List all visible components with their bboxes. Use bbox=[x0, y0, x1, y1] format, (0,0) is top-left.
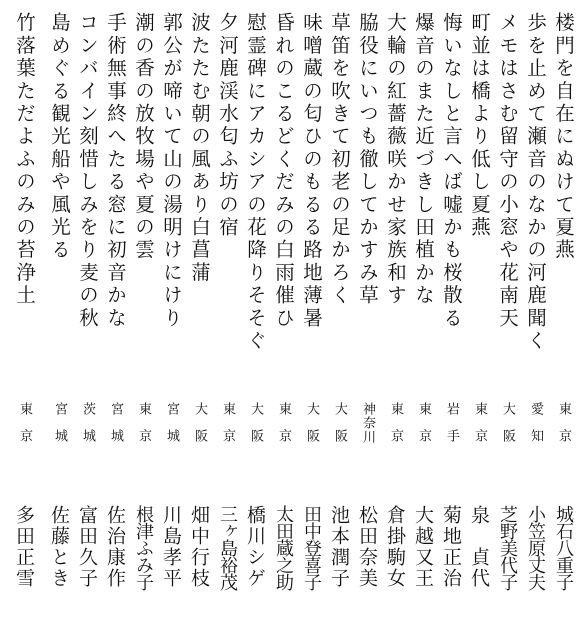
prefecture: 東京 bbox=[16, 402, 32, 456]
haiku-entry: 潮の香の放牧場や夏の雲 東京 根津ふみ子 bbox=[129, 0, 157, 639]
author-name: 田中登喜子 bbox=[301, 505, 321, 590]
author-name: 根津ふみ子 bbox=[133, 505, 153, 590]
haiku-text: 爆音のまた近づきし田植かな bbox=[412, 12, 434, 307]
haiku-entry: 脇役にいつも徹してかすみ草 神奈川 松田奈美 bbox=[353, 0, 381, 639]
author-name: 畑中行枝 bbox=[189, 505, 209, 589]
haiku-entry: 慰霊碑にアカシアの花降りそそぐ 大阪 橋川シゲ bbox=[241, 0, 269, 639]
haiku-entry: 島めぐる観光船や風光る 宮城 佐藤とき bbox=[45, 0, 73, 639]
prefecture: 大阪 bbox=[247, 402, 263, 456]
author-name: 松田奈美 bbox=[357, 505, 377, 589]
haiku-text: 草笛を吹きて初老の足かろく bbox=[328, 12, 350, 307]
haiku-text: 島めぐる観光船や風光る bbox=[48, 12, 70, 262]
haiku-entry: 大輪の紅薔薇咲かせ家族和す 東京 倉掛駒女 bbox=[381, 0, 409, 639]
prefecture: 東京 bbox=[135, 402, 151, 456]
haiku-text: 大輪の紅薔薇咲かせ家族和す bbox=[384, 12, 406, 307]
prefecture: 大阪 bbox=[303, 402, 319, 456]
author-name: 菊地正治 bbox=[441, 505, 461, 589]
author-name: 橋川シゲ bbox=[245, 505, 265, 589]
author-name: 川島孝平 bbox=[161, 505, 181, 589]
author-name: 多田正雪 bbox=[14, 505, 34, 589]
haiku-text: 潮の香の放牧場や夏の雲 bbox=[132, 12, 154, 262]
author-name: 池本潤子 bbox=[329, 505, 349, 589]
haiku-text: 夕河鹿渓水匂ふ坊の宿 bbox=[216, 12, 238, 239]
haiku-text: 昏れのこるどくだみの白雨催ひ bbox=[272, 12, 294, 330]
haiku-entry: 歩を止めて瀬音のなかの河鹿聞く 愛知 小笠原丈夫 bbox=[521, 0, 549, 639]
prefecture: 東京 bbox=[219, 402, 235, 456]
prefecture: 大阪 bbox=[499, 402, 515, 456]
haiku-entry: 草笛を吹きて初老の足かろく 大阪 池本潤子 bbox=[325, 0, 353, 639]
haiku-entry: 竹落葉ただよふのみの苔浄土 東京 多田正雪 bbox=[10, 0, 38, 639]
haiku-entry: 楼門を自在にぬけて夏燕 東京 城石八重子 bbox=[549, 0, 577, 639]
haiku-text: メモはさむ留守の小窓や花南天 bbox=[496, 12, 518, 330]
prefecture: 東京 bbox=[555, 402, 571, 456]
haiku-text: 波たたむ朝の風あり白菖蒲 bbox=[188, 12, 210, 284]
haiku-entry: コンバイン刻惜しみをり麦の秋 茨城 富田久子 bbox=[73, 0, 101, 639]
haiku-text: 手術無事終へたる窓に初音かな bbox=[104, 12, 126, 330]
author-name: 三ヶ島裕茂 bbox=[217, 505, 237, 590]
prefecture: 宮城 bbox=[51, 402, 67, 456]
author-name: 泉 貞代 bbox=[469, 505, 489, 589]
haiku-text: 味噌蔵の匂ひのもるる路地薄暑 bbox=[300, 12, 322, 330]
haiku-text: 楼門を自在にぬけて夏燕 bbox=[552, 12, 574, 262]
prefecture: 神奈川 bbox=[359, 402, 375, 444]
prefecture: 宮城 bbox=[107, 402, 123, 456]
author-name: 芝野美代子 bbox=[497, 505, 517, 590]
haiku-entry: 夕河鹿渓水匂ふ坊の宿 東京 三ヶ島裕茂 bbox=[213, 0, 241, 639]
haiku-text: コンバイン刻惜しみをり麦の秋 bbox=[76, 12, 98, 330]
haiku-text: 慰霊碑にアカシアの花降りそそぐ bbox=[244, 12, 266, 353]
prefecture: 岩手 bbox=[443, 402, 459, 456]
prefecture: 宮城 bbox=[163, 402, 179, 456]
haiku-text: 郭公が啼いて山の湯明けにけり bbox=[160, 12, 182, 330]
haiku-entry: 爆音のまた近づきし田植かな 東京 大越又王 bbox=[409, 0, 437, 639]
author-name: 佐治康作 bbox=[105, 505, 125, 589]
prefecture: 東京 bbox=[415, 402, 431, 456]
author-name: 富田久子 bbox=[77, 505, 97, 589]
author-name: 倉掛駒女 bbox=[385, 505, 405, 589]
author-name: 佐藤とき bbox=[49, 505, 69, 589]
prefecture: 大阪 bbox=[191, 402, 207, 456]
haiku-entry: 町並は橋より低し夏燕 東京 泉 貞代 bbox=[465, 0, 493, 639]
haiku-entry: 郭公が啼いて山の湯明けにけり 宮城 川島孝平 bbox=[157, 0, 185, 639]
haiku-entry: メモはさむ留守の小窓や花南天 大阪 芝野美代子 bbox=[493, 0, 521, 639]
prefecture: 愛知 bbox=[527, 402, 543, 456]
haiku-text: 町並は橋より低し夏燕 bbox=[468, 12, 490, 239]
haiku-text: 竹落葉ただよふのみの苔浄土 bbox=[13, 12, 35, 307]
prefecture: 東京 bbox=[471, 402, 487, 456]
prefecture: 茨城 bbox=[79, 402, 95, 456]
haiku-text: 悔いなしと言へば嘘かも桜散る bbox=[440, 12, 462, 330]
haiku-entry: 手術無事終へたる窓に初音かな 宮城 佐治康作 bbox=[101, 0, 129, 639]
prefecture: 大阪 bbox=[331, 402, 347, 456]
haiku-entry: 悔いなしと言へば嘘かも桜散る 岩手 菊地正治 bbox=[437, 0, 465, 639]
author-name: 城石八重子 bbox=[553, 505, 573, 590]
prefecture: 東京 bbox=[275, 402, 291, 456]
author-name: 太田蔵之助 bbox=[273, 505, 293, 590]
haiku-text: 歩を止めて瀬音のなかの河鹿聞く bbox=[524, 12, 546, 353]
haiku-entry: 昏れのこるどくだみの白雨催ひ 東京 太田蔵之助 bbox=[269, 0, 297, 639]
prefecture: 東京 bbox=[387, 402, 403, 456]
author-name: 大越又王 bbox=[413, 505, 433, 589]
haiku-entry: 波たたむ朝の風あり白菖蒲 大阪 畑中行枝 bbox=[185, 0, 213, 639]
haiku-entry: 味噌蔵の匂ひのもるる路地薄暑 大阪 田中登喜子 bbox=[297, 0, 325, 639]
haiku-text: 脇役にいつも徹してかすみ草 bbox=[356, 12, 378, 307]
author-name: 小笠原丈夫 bbox=[525, 505, 545, 590]
